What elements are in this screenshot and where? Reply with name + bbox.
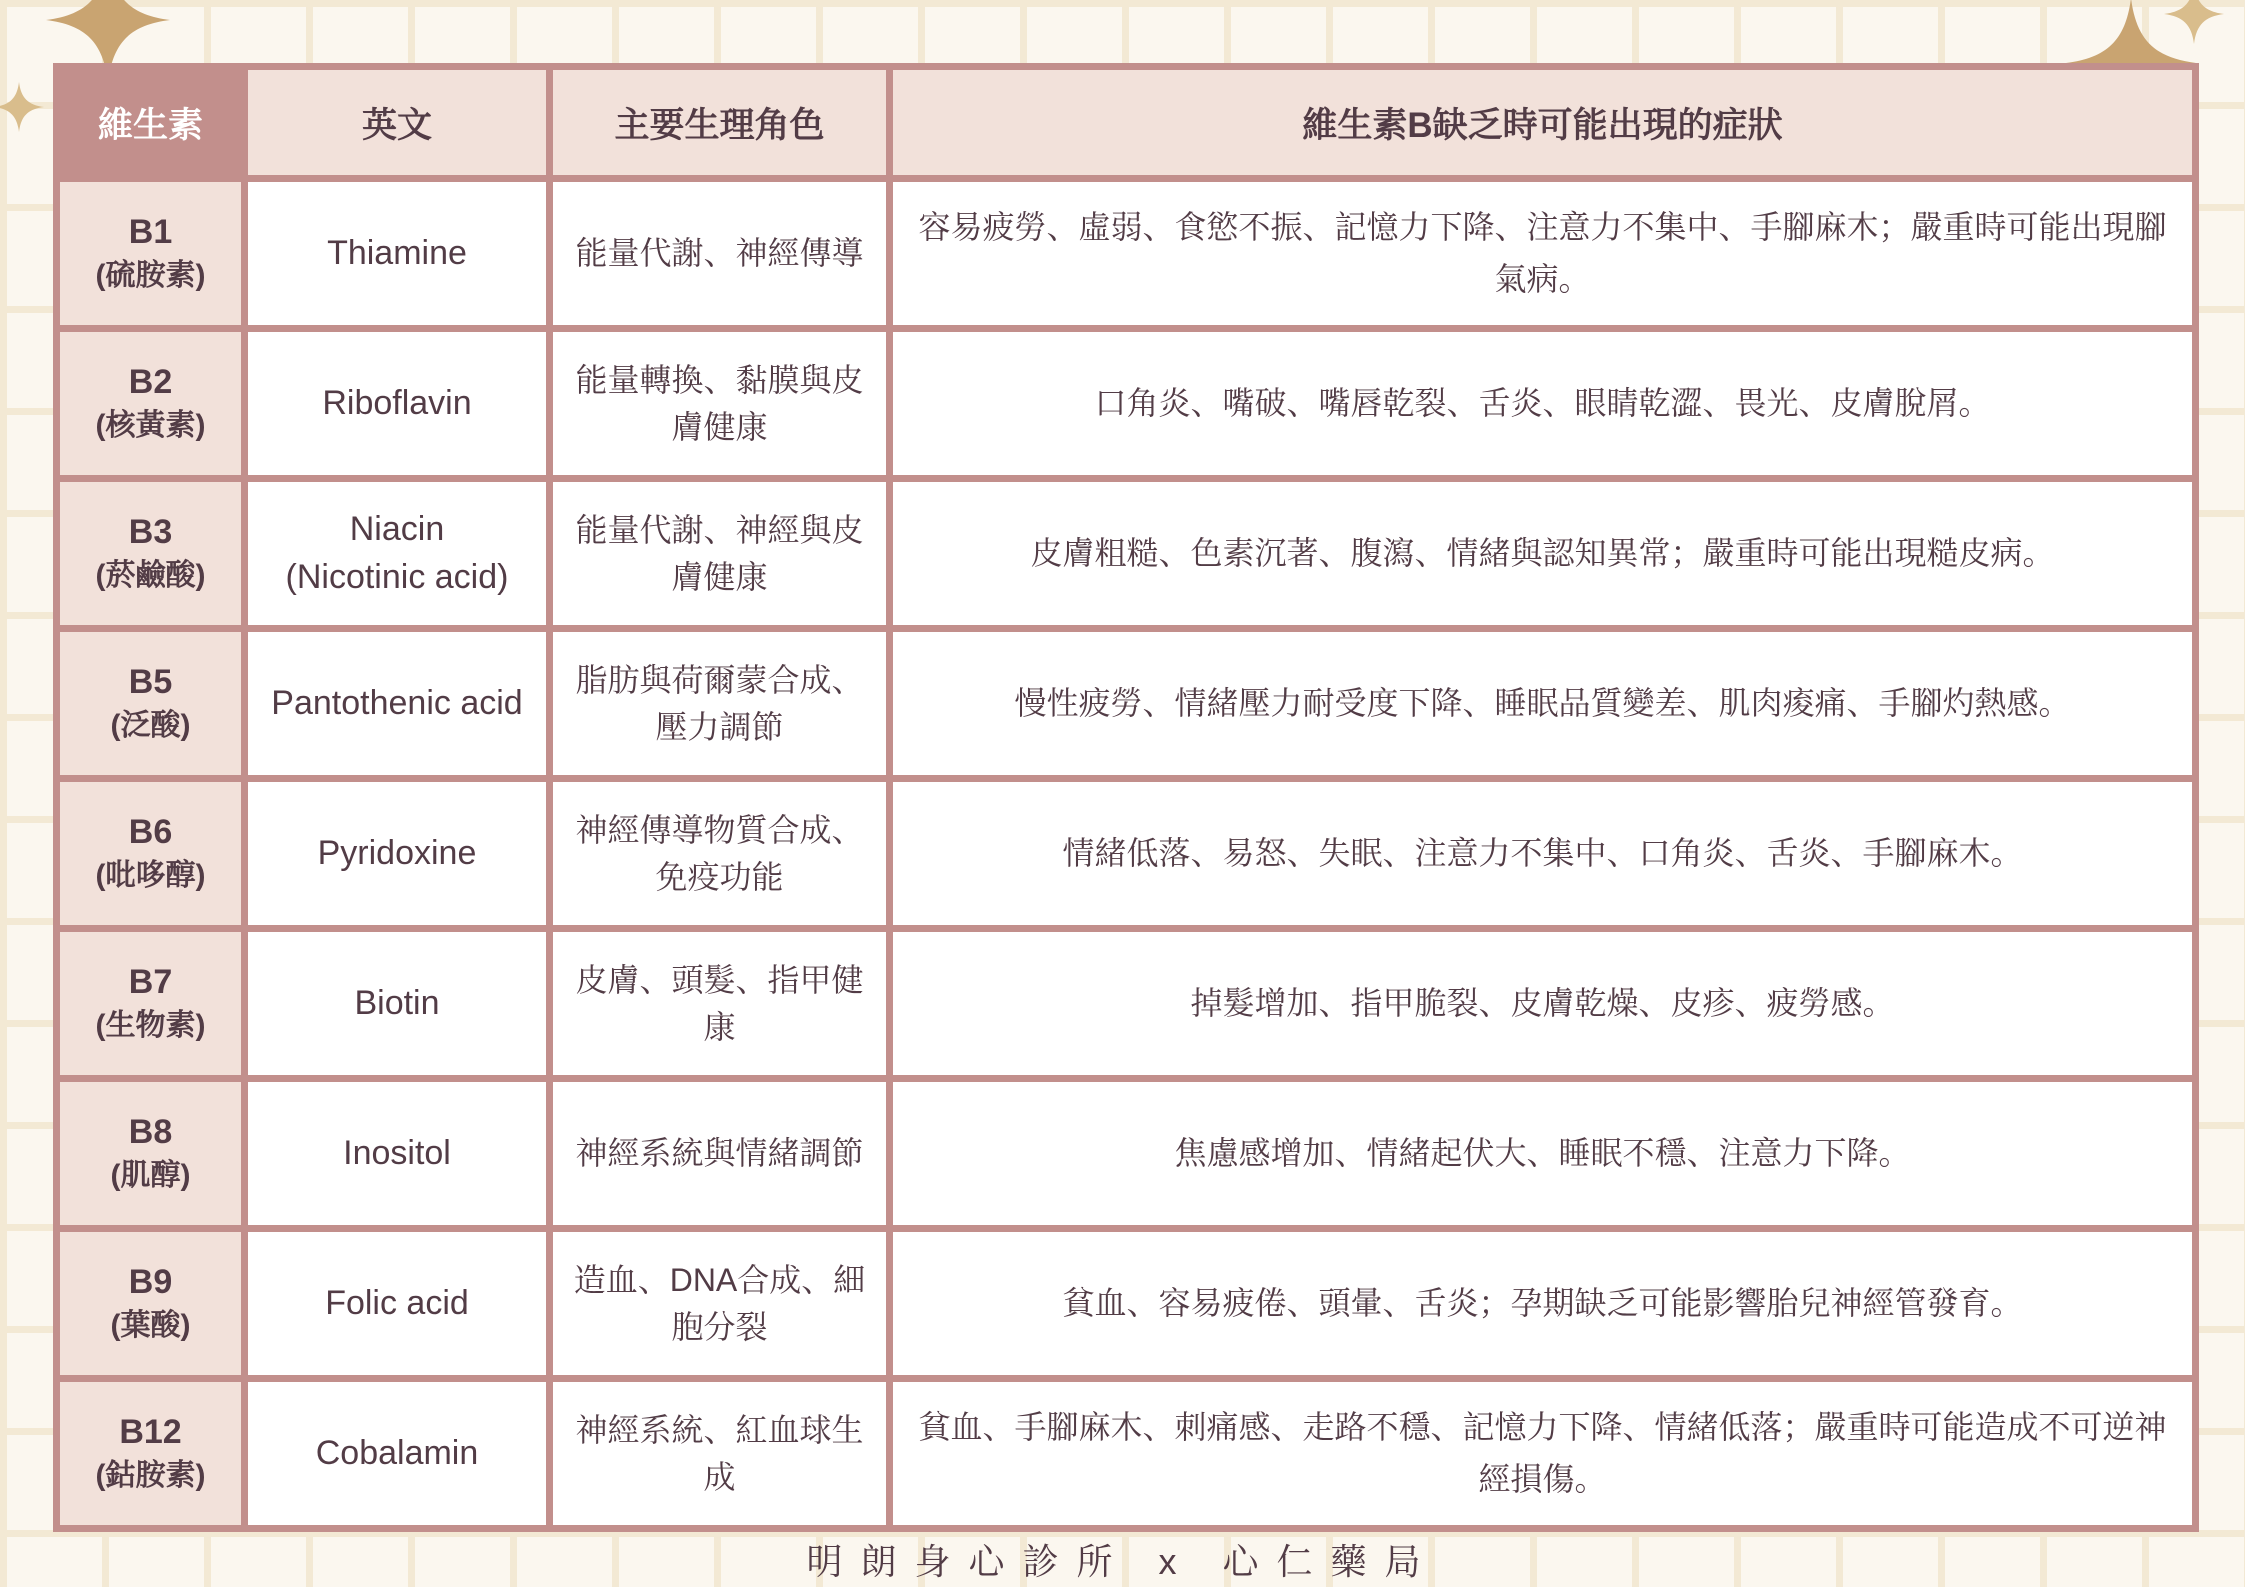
english-cell: Pyridoxine: [245, 779, 550, 929]
role-cell: 神經傳導物質合成、免疫功能: [550, 779, 890, 929]
header-symptoms: 維生素B缺乏時可能出現的症狀: [890, 67, 2196, 179]
english-cell: Cobalamin: [245, 1379, 550, 1529]
english-cell: Niacin (Nicotinic acid): [245, 479, 550, 629]
footer-text: 明朗身心診所 x 心仁藥局: [0, 1534, 2245, 1585]
vitamin-code: B1: [70, 210, 231, 256]
symptoms-cell: 容易疲勞、虛弱、食慾不振、記憶力下降、注意力不集中、手腳麻木；嚴重時可能出現腳氣…: [890, 179, 2196, 329]
sparkle-icon: [0, 82, 44, 132]
symptoms-cell: 焦慮感增加、情緒起伏大、睡眠不穩、注意力下降。: [890, 1079, 2196, 1229]
vitamin-alias: (硫胺素): [70, 256, 231, 297]
english-cell: Thiamine: [245, 179, 550, 329]
english-cell: Folic acid: [245, 1229, 550, 1379]
role-cell: 脂肪與荷爾蒙合成、壓力調節: [550, 629, 890, 779]
role-cell: 能量代謝、神經傳導: [550, 179, 890, 329]
vitamin-alias: (吡哆醇): [70, 856, 231, 897]
role-cell: 造血、DNA合成、細胞分裂: [550, 1229, 890, 1379]
vitamin-alias: (菸鹼酸): [70, 556, 231, 597]
table-row: B9(葉酸) Folic acid 造血、DNA合成、細胞分裂 貧血、容易疲倦、…: [57, 1229, 2196, 1379]
vitamin-alias: (泛酸): [70, 706, 231, 747]
role-cell: 能量代謝、神經與皮膚健康: [550, 479, 890, 629]
table-row: B2(核黃素) Riboflavin 能量轉換、黏膜與皮膚健康 口角炎、嘴破、嘴…: [57, 329, 2196, 479]
vitamin-cell: B6(吡哆醇): [57, 779, 245, 929]
vitamin-alias: (核黃素): [70, 406, 231, 447]
table-row: B6(吡哆醇) Pyridoxine 神經傳導物質合成、免疫功能 情緒低落、易怒…: [57, 779, 2196, 929]
table-row: B5(泛酸) Pantothenic acid 脂肪與荷爾蒙合成、壓力調節 慢性…: [57, 629, 2196, 779]
vitamin-cell: B2(核黃素): [57, 329, 245, 479]
header-row: 維生素 英文 主要生理角色 維生素B缺乏時可能出現的症狀: [57, 67, 2196, 179]
vitamin-code: B6: [70, 810, 231, 856]
symptoms-cell: 掉髮增加、指甲脆裂、皮膚乾燥、皮疹、疲勞感。: [890, 929, 2196, 1079]
table-row: B7(生物素) Biotin 皮膚、頭髮、指甲健康 掉髮增加、指甲脆裂、皮膚乾燥…: [57, 929, 2196, 1079]
vitamin-code: B9: [70, 1260, 231, 1306]
table-row: B1(硫胺素) Thiamine 能量代謝、神經傳導 容易疲勞、虛弱、食慾不振、…: [57, 179, 2196, 329]
symptoms-cell: 情緒低落、易怒、失眠、注意力不集中、口角炎、舌炎、手腳麻木。: [890, 779, 2196, 929]
role-cell: 神經系統、紅血球生成: [550, 1379, 890, 1529]
vitamin-code: B8: [70, 1110, 231, 1156]
vitamin-alias: (肌醇): [70, 1156, 231, 1197]
sparkle-icon: [2164, 0, 2224, 44]
role-cell: 神經系統與情緒調節: [550, 1079, 890, 1229]
vitamin-cell: B7(生物素): [57, 929, 245, 1079]
header-role: 主要生理角色: [550, 67, 890, 179]
symptoms-cell: 皮膚粗糙、色素沉著、腹瀉、情緒與認知異常；嚴重時可能出現糙皮病。: [890, 479, 2196, 629]
role-cell: 皮膚、頭髮、指甲健康: [550, 929, 890, 1079]
role-cell: 能量轉換、黏膜與皮膚健康: [550, 329, 890, 479]
english-cell: Inositol: [245, 1079, 550, 1229]
table-row: B12(鈷胺素) Cobalamin 神經系統、紅血球生成 貧血、手腳麻木、刺痛…: [57, 1379, 2196, 1529]
header-english: 英文: [245, 67, 550, 179]
vitamin-code: B7: [70, 960, 231, 1006]
english-cell: Biotin: [245, 929, 550, 1079]
symptoms-cell: 口角炎、嘴破、嘴唇乾裂、舌炎、眼睛乾澀、畏光、皮膚脫屑。: [890, 329, 2196, 479]
table-row: B8(肌醇) Inositol 神經系統與情緒調節 焦慮感增加、情緒起伏大、睡眠…: [57, 1079, 2196, 1229]
vitamin-cell: B9(葉酸): [57, 1229, 245, 1379]
vitamin-alias: (葉酸): [70, 1306, 231, 1347]
symptoms-cell: 貧血、容易疲倦、頭暈、舌炎；孕期缺乏可能影響胎兒神經管發育。: [890, 1229, 2196, 1379]
vitamin-code: B2: [70, 360, 231, 406]
english-cell: Riboflavin: [245, 329, 550, 479]
vitamin-code: B5: [70, 660, 231, 706]
header-vitamin: 維生素: [57, 67, 245, 179]
vitamin-code: B3: [70, 510, 231, 556]
symptoms-cell: 慢性疲勞、情緒壓力耐受度下降、睡眠品質變差、肌肉痠痛、手腳灼熱感。: [890, 629, 2196, 779]
symptoms-cell: 貧血、手腳麻木、刺痛感、走路不穩、記憶力下降、情緒低落；嚴重時可能造成不可逆神經…: [890, 1379, 2196, 1529]
vitamin-code: B12: [70, 1410, 231, 1456]
vitamin-b-table: 維生素 英文 主要生理角色 維生素B缺乏時可能出現的症狀 B1(硫胺素) Thi…: [53, 63, 2199, 1532]
vitamin-cell: B12(鈷胺素): [57, 1379, 245, 1529]
table-row: B3(菸鹼酸) Niacin (Nicotinic acid) 能量代謝、神經與…: [57, 479, 2196, 629]
vitamin-cell: B5(泛酸): [57, 629, 245, 779]
vitamin-cell: B3(菸鹼酸): [57, 479, 245, 629]
vitamin-cell: B8(肌醇): [57, 1079, 245, 1229]
vitamin-alias: (生物素): [70, 1006, 231, 1047]
vitamin-alias: (鈷胺素): [70, 1456, 231, 1497]
vitamin-cell: B1(硫胺素): [57, 179, 245, 329]
english-cell: Pantothenic acid: [245, 629, 550, 779]
